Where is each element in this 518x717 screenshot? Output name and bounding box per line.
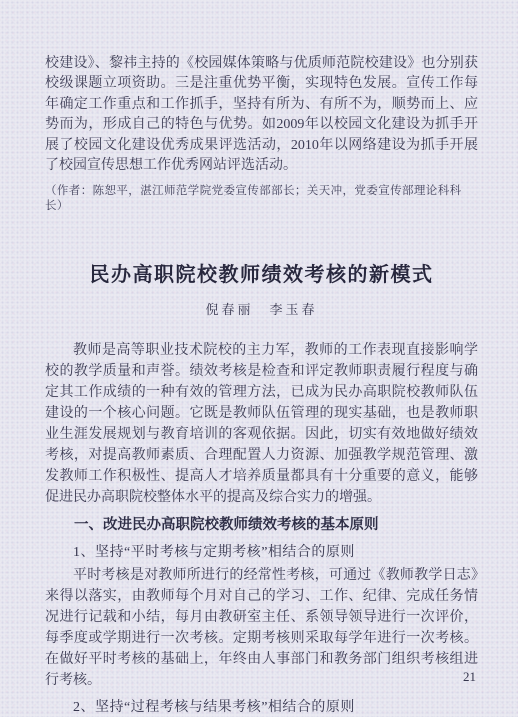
subsection-1-paragraph: 平时考核是对教师所进行的经常性考核，可通过《教师教学日志》来得以落实，由教师每个… [45, 565, 478, 691]
subsection-2-heading: 2、坚持“过程考核与结果考核”相结合的原则 [45, 697, 478, 717]
article-intro-paragraph: 教师是高等职业技术院校的主力军，教师的工作表现直接影响学校的教学质量和声誉。绩效… [45, 340, 478, 508]
section-1-heading: 一、改进民办高职院校教师绩效考核的基本原则 [45, 515, 478, 536]
article-authors: 倪春丽 李玉春 [45, 299, 478, 318]
subsection-1-heading: 1、坚持“平时考核与定期考核”相结合的原则 [45, 542, 478, 563]
page-number: 21 [463, 669, 476, 685]
previous-article-closing-paragraph: 校建设》、黎祎主持的《校园媒体策略与优质师范院校建设》也分别获校级课题立项资助。… [45, 54, 478, 176]
article-title: 民办高职院校教师绩效考核的新模式 [45, 258, 478, 287]
scanned-document-page: 校建设》、黎祎主持的《校园媒体策略与优质师范院校建设》也分别获校级课题立项资助。… [0, 0, 518, 717]
previous-article-author-note: （作者：陈恕平，湛江师范学院党委宣传部部长；关天冲，党委宣传部理论科科长） [45, 184, 478, 214]
